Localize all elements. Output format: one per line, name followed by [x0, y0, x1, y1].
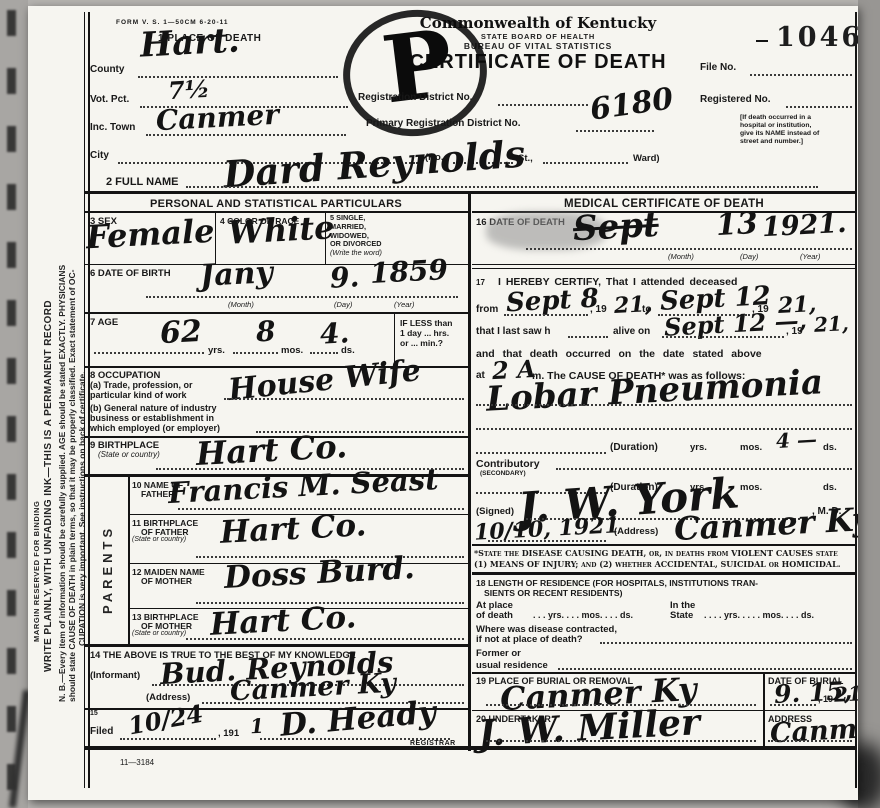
dotted-line [786, 106, 852, 108]
filed-item-number: 15 [90, 710, 98, 718]
filed-label: Filed [90, 726, 113, 738]
dotted-line [186, 186, 818, 188]
margin-nb-line2: should state CAUSE OF DEATH in plain ter… [67, 270, 77, 703]
vot-pct-label: Vot. Pct. [90, 94, 129, 106]
tilde-mark [756, 40, 768, 42]
year-prefix: , 19 [786, 326, 803, 338]
cause-footnote-line1: *State the DISEASE CAUSING DEATH, or, in… [474, 549, 838, 559]
mos-label: mos. [740, 442, 762, 453]
dotted-line [476, 404, 852, 406]
certify-from-label: from [476, 304, 498, 316]
burial-cell-divider [763, 672, 765, 746]
at-place-units: . . . yrs. . . . mos. . . . ds. [533, 610, 633, 621]
dotted-line [310, 352, 338, 354]
if-less-line: or ... min.? [400, 338, 452, 348]
undertaker-handwritten: J. W. Miller [477, 704, 701, 752]
dotted-line [770, 704, 816, 706]
dotted-line [526, 248, 852, 250]
dotted-line [146, 296, 458, 298]
residence-label-line2: SIENTS OR RECENT RESIDENTS) [484, 588, 622, 598]
dob-year-handwritten: 1859 [369, 256, 448, 288]
personal-section-title: PERSONAL AND STATISTICAL PARTICULARS [84, 198, 468, 211]
dotted-line [662, 336, 784, 338]
birthplace-handwritten: Hart Co. [195, 430, 348, 470]
primary-district-label: Primary Registration District No. [366, 118, 520, 130]
dotted-line [488, 540, 606, 542]
certify-at-label: at [476, 370, 485, 382]
dod-year-handwritten: 1921. [761, 210, 847, 241]
full-name-label: 2 FULL NAME [106, 176, 179, 189]
former-residence-label2: usual residence [476, 660, 548, 671]
margin-write-plainly-note: WRITE PLAINLY, WITH UNFADING INK—THIS IS… [43, 300, 54, 672]
day-caption: (Day) [740, 252, 758, 261]
rule-line [84, 312, 468, 314]
dotted-line [498, 104, 588, 106]
mos-label: mos. [281, 345, 303, 356]
dotted-line [504, 314, 588, 316]
cell-divider [215, 213, 216, 264]
vot-pct-handwritten: 7½ [167, 77, 210, 103]
year-caption: (Year) [800, 252, 820, 261]
margin-nb-line1: N. B.—Every item of information should b… [57, 265, 67, 702]
state-units: . . . . yrs. . . . . mos. . . . ds. [704, 610, 814, 621]
certificate-page: MARGIN RESERVED FOR BINDING WRITE PLAINL… [28, 6, 858, 800]
physician-address-handwritten: Canmer Ky [673, 503, 858, 545]
at-place-label2: of death [476, 610, 513, 621]
month-caption: (Month) [668, 252, 694, 261]
dotted-line [750, 74, 852, 76]
dotted-line [568, 336, 608, 338]
state-or-country-caption: (State or country) [132, 536, 186, 544]
county-label: County [90, 64, 124, 76]
month-caption: (Month) [228, 300, 254, 309]
mos-label: mos. [740, 482, 762, 493]
parents-vertical-label: PARENTS [100, 525, 115, 614]
year-prefix: , 19 [590, 304, 607, 316]
inc-town-handwritten: Canmer [155, 101, 279, 135]
dob-month-handwritten: Jany [199, 258, 273, 292]
mother-maiden-label2: OF MOTHER [141, 576, 192, 586]
margin-binding-note: MARGIN RESERVED FOR BINDING [32, 501, 41, 643]
hospital-note-line: give its NAME instead of [740, 130, 858, 138]
certify-line2a: that I last saw h [476, 326, 550, 338]
registered-no-label: Registered No. [700, 94, 771, 106]
duration-label: (Duration) [610, 442, 658, 454]
age-years-handwritten: 62 [159, 317, 202, 349]
ds-label: ds. [823, 482, 837, 493]
dotted-line [576, 130, 654, 132]
dotted-line [94, 352, 204, 354]
parents-divider [128, 477, 130, 645]
hospital-note: [If death occurred in a hospital or inst… [740, 114, 858, 147]
dod-month-handwritten: Sept [572, 208, 659, 246]
rule-line [472, 544, 856, 546]
state-or-country-caption: (State or country) [132, 630, 186, 638]
occupation-b-line3: which employed (or employer) [90, 423, 220, 434]
dotted-line [233, 352, 278, 354]
dob-day-handwritten: 9. [329, 263, 360, 292]
yrs-label: yrs. [690, 442, 707, 453]
hospital-note-line: [If death occurred in a [740, 114, 858, 122]
full-name-handwritten: Dard Reynolds [222, 135, 526, 193]
marital-status-label: 5 SINGLE, MARRIED, WIDOWED, OR DIVORCED … [330, 214, 382, 258]
margin-divider-line [84, 12, 85, 788]
city-label: City [90, 150, 109, 162]
dotted-line [600, 642, 852, 644]
primary-district-handwritten: 6180 [588, 84, 675, 125]
certify-to-label: to [642, 304, 651, 316]
year-caption: (Year) [394, 300, 414, 309]
burial-year-handwritten: 21 [833, 683, 858, 704]
certify-item-number: 17 [476, 278, 485, 288]
filed-year-handwritten: 1 [249, 716, 264, 737]
informant-label: (Informant) [90, 670, 140, 681]
dotted-line [186, 638, 464, 640]
contributory-label: Contributory [476, 458, 540, 471]
attended-from-handwritten: Sept 8 [505, 286, 599, 317]
dotted-line [476, 452, 606, 454]
margin-nb-line3: CUPATION is very important. See instruct… [77, 371, 87, 646]
filed-year-printed: , 191 [218, 728, 239, 739]
dob-label: 6 DATE OF BIRTH [90, 268, 171, 279]
signed-label: (Signed) [476, 506, 514, 517]
dotted-line [146, 134, 346, 136]
ds-label: ds. [823, 442, 837, 453]
inc-town-label: Inc. Town [90, 122, 135, 134]
mother-birthplace-handwritten: Hart Co. [209, 602, 357, 641]
file-no-label: File No. [700, 62, 736, 74]
dotted-line [224, 398, 464, 400]
bottom-heavy-rule [84, 746, 857, 750]
rule-line [472, 572, 856, 575]
age-months-handwritten: 8 [255, 318, 276, 347]
city-ward-label: Ward) [633, 153, 660, 164]
center-column-divider [468, 191, 471, 751]
contracted-label-line2: if not at place of death? [476, 634, 583, 645]
hospital-note-line: hospital or institution, [740, 122, 858, 130]
rule-line [472, 268, 856, 269]
section-heavy-rule [84, 644, 468, 647]
dod-day-handwritten: 13 [715, 209, 758, 241]
cause-duration-handwritten: 4 — [776, 429, 818, 451]
yrs-label: yrs. [208, 345, 225, 356]
residence-label-line1: 18 LENGTH OF RESIDENCE (FOR HOSPITALS, I… [476, 578, 758, 588]
dotted-line [543, 162, 628, 164]
dotted-line [768, 740, 852, 742]
physician-address-label: (Address) [614, 526, 658, 537]
state-or-country-caption: (State or country) [98, 450, 160, 460]
certificate-number: 1046 [776, 22, 858, 53]
scan-left-binding-marks [7, 10, 16, 790]
former-residence-label1: Former or [476, 648, 521, 659]
father-birthplace-handwritten: Hart Co. [219, 510, 367, 549]
occupation-a-line2: particular kind of work [90, 390, 187, 401]
mother-maiden-handwritten: Doss Burd. [223, 553, 415, 594]
day-caption: (Day) [334, 300, 352, 309]
if-less-note: IF LESS than 1 day ... hrs. or ... min.? [400, 318, 452, 349]
hospital-note-line: street and number.] [740, 138, 858, 146]
age-label: 7 AGE [90, 317, 118, 328]
last-alive-year-handwritten: 21, [814, 313, 850, 335]
ds-label: ds. [341, 345, 355, 356]
dotted-line [486, 740, 756, 742]
dotted-line [558, 668, 852, 670]
cause-footnote-line2: (1) MEANS OF INJURY; and (2) whether ACC… [474, 560, 840, 570]
sex-handwritten: Female [85, 215, 215, 254]
dotted-line [120, 738, 216, 740]
state-label: State [670, 610, 693, 621]
county-handwritten: Hart. [139, 23, 240, 62]
year-prefix: , 19 [818, 694, 833, 705]
color-race-handwritten: White [227, 211, 335, 249]
registration-district-label: Registration District No. [358, 92, 472, 104]
rule-line [472, 264, 856, 265]
if-less-line: 1 day ... hrs. [400, 328, 452, 338]
scan-right-edge [858, 0, 880, 808]
secondary-caption: (SECONDARY) [480, 470, 526, 478]
certify-line2b: alive on [613, 326, 650, 338]
form-number-bottom: 11—3184 [120, 758, 154, 768]
if-less-line: IF LESS than [400, 318, 452, 328]
p-stamp-letter: P [377, 9, 459, 125]
